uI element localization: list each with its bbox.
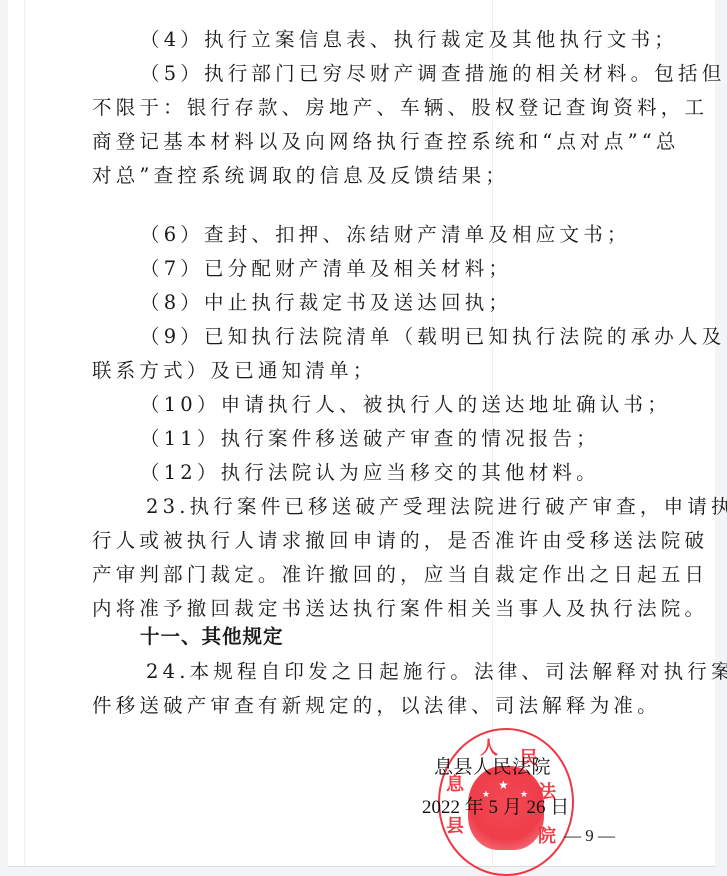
article-24-line-2: 件移送破产审查有新规定的，以法律、司法解释为准。 (92, 694, 632, 718)
list-item-4: （4）执行立案信息表、执行裁定及其他执行文书； (140, 28, 632, 52)
list-item-8: （8）中止执行裁定书及送达回执； (140, 291, 632, 315)
star-icon: ★ (498, 778, 509, 792)
list-item-5-line-4: 对总”查控系统调取的信息及反馈结果； (92, 164, 632, 188)
list-item-10: （10）申请执行人、被执行人的送达地址确认书； (140, 393, 632, 417)
page-number: — 9 — (564, 826, 615, 846)
signature-court: 息县人民法院 (434, 752, 551, 779)
list-item-11: （11）执行案件移送破产审查的情况报告； (140, 427, 632, 451)
article-23-line-4: 内将准予撤回裁定书送达执行案件相关当事人及执行法院。 (92, 597, 632, 621)
list-item-9-line-2: 联系方式）及已通知清单； (92, 359, 632, 383)
article-23-line-2: 行人或被执行人请求撤回申请的，是否准许由受移送法院破 (92, 529, 632, 553)
list-item-12: （12）执行法院认为应当移交的其他材料。 (140, 461, 632, 485)
article-23-line-1: 23.执行案件已移送破产受理法院进行破产审查，申请执 (146, 495, 638, 519)
list-item-5-line-3: 商登记基本材料以及向网络执行查控系统和“点对点”“总 (92, 130, 632, 154)
section-heading: 十一、其他规定 (140, 625, 632, 649)
document-page: （4）执行立案信息表、执行裁定及其他执行文书； （5）执行部门已穷尽财产调查措施… (8, 0, 715, 867)
seal-char: 院 (538, 822, 556, 848)
list-item-5-line-1: （5）执行部门已穷尽财产调查措施的相关材料。包括但 (140, 62, 632, 86)
list-item-6: （6）查封、扣押、冻结财产清单及相应文书； (140, 223, 632, 247)
scan-edge (24, 0, 25, 866)
list-item-5-line-2: 不限于：银行存款、房地产、车辆、股权登记查询资料，工 (92, 96, 632, 120)
article-23-line-3: 产审判部门裁定。准许撤回的，应当自裁定作出之日起五日 (92, 563, 632, 587)
list-item-9-line-1: （9）已知执行法院清单（载明已知执行法院的承办人及 (140, 325, 632, 349)
signature-date: 2022 年 5 月 26 日 (422, 792, 569, 819)
list-item-7: （7）已分配财产清单及相关材料； (140, 257, 632, 281)
article-24-line-1: 24.本规程自印发之日起施行。法律、司法解释对执行案 (146, 660, 638, 684)
